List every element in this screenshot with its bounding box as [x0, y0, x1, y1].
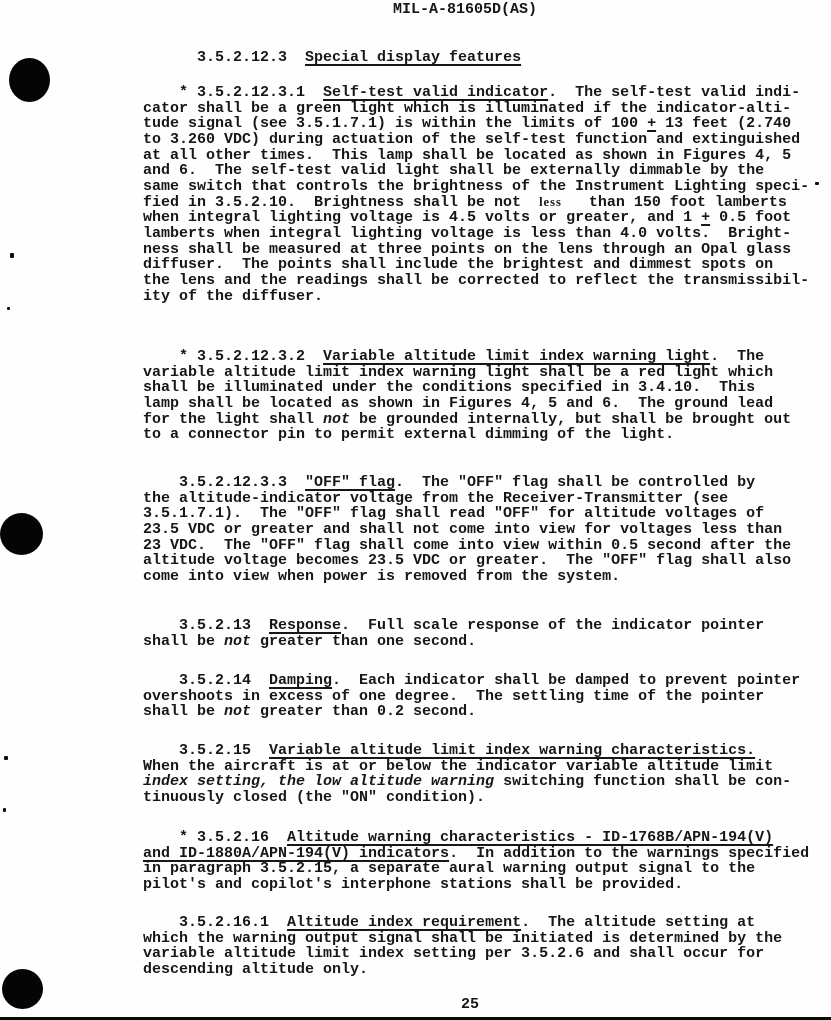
text-line: cator shall be a green light which is il…	[143, 101, 809, 117]
text-line: 3.5.2.12.3.3 "OFF" flag. The "OFF" flag …	[143, 475, 791, 491]
text-line: overshoots in excess of one degree. The …	[143, 689, 800, 705]
ink-speck-icon	[4, 756, 8, 760]
punch-hole-mark-middle-icon	[0, 513, 43, 555]
text-line: variable altitude limit index warning li…	[143, 365, 791, 381]
text-line: descending altitude only.	[143, 962, 782, 978]
text-line: tinuously closed (the "ON" condition).	[143, 790, 791, 806]
text-line: in paragraph 3.5.2.15, a separate aural …	[143, 861, 809, 877]
page-number: 25	[461, 997, 479, 1013]
text-line: When the aircraft is at or below the ind…	[143, 759, 791, 775]
text-line: 3.5.2.16.1 Altitude index requirement. T…	[143, 915, 782, 931]
text-line: to 3.260 VDC) during actuation of the se…	[143, 132, 809, 148]
text-line: and ID-1880A/APN-194(V) indicators. In a…	[143, 846, 809, 862]
text-line: 23 VDC. The "OFF" flag shall come into v…	[143, 538, 791, 554]
text-line: 3.5.2.15 Variable altitude limit index w…	[143, 743, 791, 759]
text-line: tude signal (see 3.5.1.7.1) is within th…	[143, 116, 809, 132]
punch-hole-mark-top-icon	[9, 58, 50, 102]
text-line: 3.5.1.7.1). The "OFF" flag shall read "O…	[143, 506, 791, 522]
para-3-5-2-12-3-2-variable-altitude-limit-index-warning-light: * 3.5.2.12.3.2 Variable altitude limit i…	[143, 349, 791, 443]
text-line: the altitude-indicator voltage from the …	[143, 491, 791, 507]
text-line: 23.5 VDC or greater and shall not come i…	[143, 522, 791, 538]
text-line: * 3.5.2.12.3.2 Variable altitude limit i…	[143, 349, 791, 365]
text-line: 3.5.2.14 Damping. Each indicator shall b…	[143, 673, 800, 689]
text-line: shall be not greater than one second.	[143, 634, 764, 650]
text-line: lamberts when integral lighting voltage …	[143, 226, 809, 242]
text-line: when integral lighting voltage is 4.5 vo…	[143, 210, 809, 226]
section-heading-3-5-2-12-3: 3.5.2.12.3 Special display features	[143, 50, 521, 66]
document-id-header: MIL-A-81605D(AS)	[393, 2, 537, 18]
text-line: 3.5.2.13 Response. Full scale response o…	[143, 618, 764, 634]
text-line: lamp shall be located as shown in Figure…	[143, 396, 791, 412]
ink-speck-icon	[7, 307, 10, 310]
para-3-5-2-14-damping: 3.5.2.14 Damping. Each indicator shall b…	[143, 673, 800, 720]
text-line: pilot's and copilot's interphone station…	[143, 877, 809, 893]
ink-speck-icon	[3, 808, 6, 812]
para-3-5-2-15-warning-characteristics: 3.5.2.15 Variable altitude limit index w…	[143, 743, 791, 806]
text-line: diffuser. The points shall include the b…	[143, 257, 809, 273]
text-line: 3.5.2.12.3 Special display features	[143, 50, 521, 66]
ink-speck-icon	[815, 182, 819, 185]
text-line: shall be illuminated under the condition…	[143, 380, 791, 396]
para-3-5-2-16-altitude-warning-characteristics: * 3.5.2.16 Altitude warning characterist…	[143, 830, 809, 893]
text-line: fied in 3.5.2.10. Brightness shall be no…	[143, 195, 809, 211]
para-3-5-2-12-3-1-self-test-valid-indicator: * 3.5.2.12.3.1 Self-test valid indicator…	[143, 85, 809, 304]
text-line: and 6. The self-test valid light shall b…	[143, 163, 809, 179]
text-line: * 3.5.2.16 Altitude warning characterist…	[143, 830, 809, 846]
text-line: for the light shall not be grounded inte…	[143, 412, 791, 428]
text-line: * 3.5.2.12.3.1 Self-test valid indicator…	[143, 85, 809, 101]
text-line: index setting, the low altitude warning …	[143, 774, 791, 790]
text-line: ity of the diffuser.	[143, 289, 809, 305]
para-3-5-2-16-1-altitude-index-requirement: 3.5.2.16.1 Altitude index requirement. T…	[143, 915, 782, 978]
text-line: at all other times. This lamp shall be l…	[143, 148, 809, 164]
text-line: same switch that controls the brightness…	[143, 179, 809, 195]
text-line: to a connector pin to permit external di…	[143, 427, 791, 443]
text-line: which the warning output signal shall be…	[143, 931, 782, 947]
para-3-5-2-13-response: 3.5.2.13 Response. Full scale response o…	[143, 618, 764, 649]
text-line: the lens and the readings shall be corre…	[143, 273, 809, 289]
text-line: come into view when power is removed fro…	[143, 569, 791, 585]
text-line: variable altitude limit index setting pe…	[143, 946, 782, 962]
text-line: ness shall be measured at three points o…	[143, 242, 809, 258]
punch-hole-mark-bottom-icon	[2, 969, 43, 1009]
text-line: shall be not greater than 0.2 second.	[143, 704, 800, 720]
ink-speck-icon	[10, 253, 14, 258]
para-3-5-2-12-3-3-off-flag: 3.5.2.12.3.3 "OFF" flag. The "OFF" flag …	[143, 475, 791, 585]
text-line: altitude voltage becomes 23.5 VDC or gre…	[143, 553, 791, 569]
